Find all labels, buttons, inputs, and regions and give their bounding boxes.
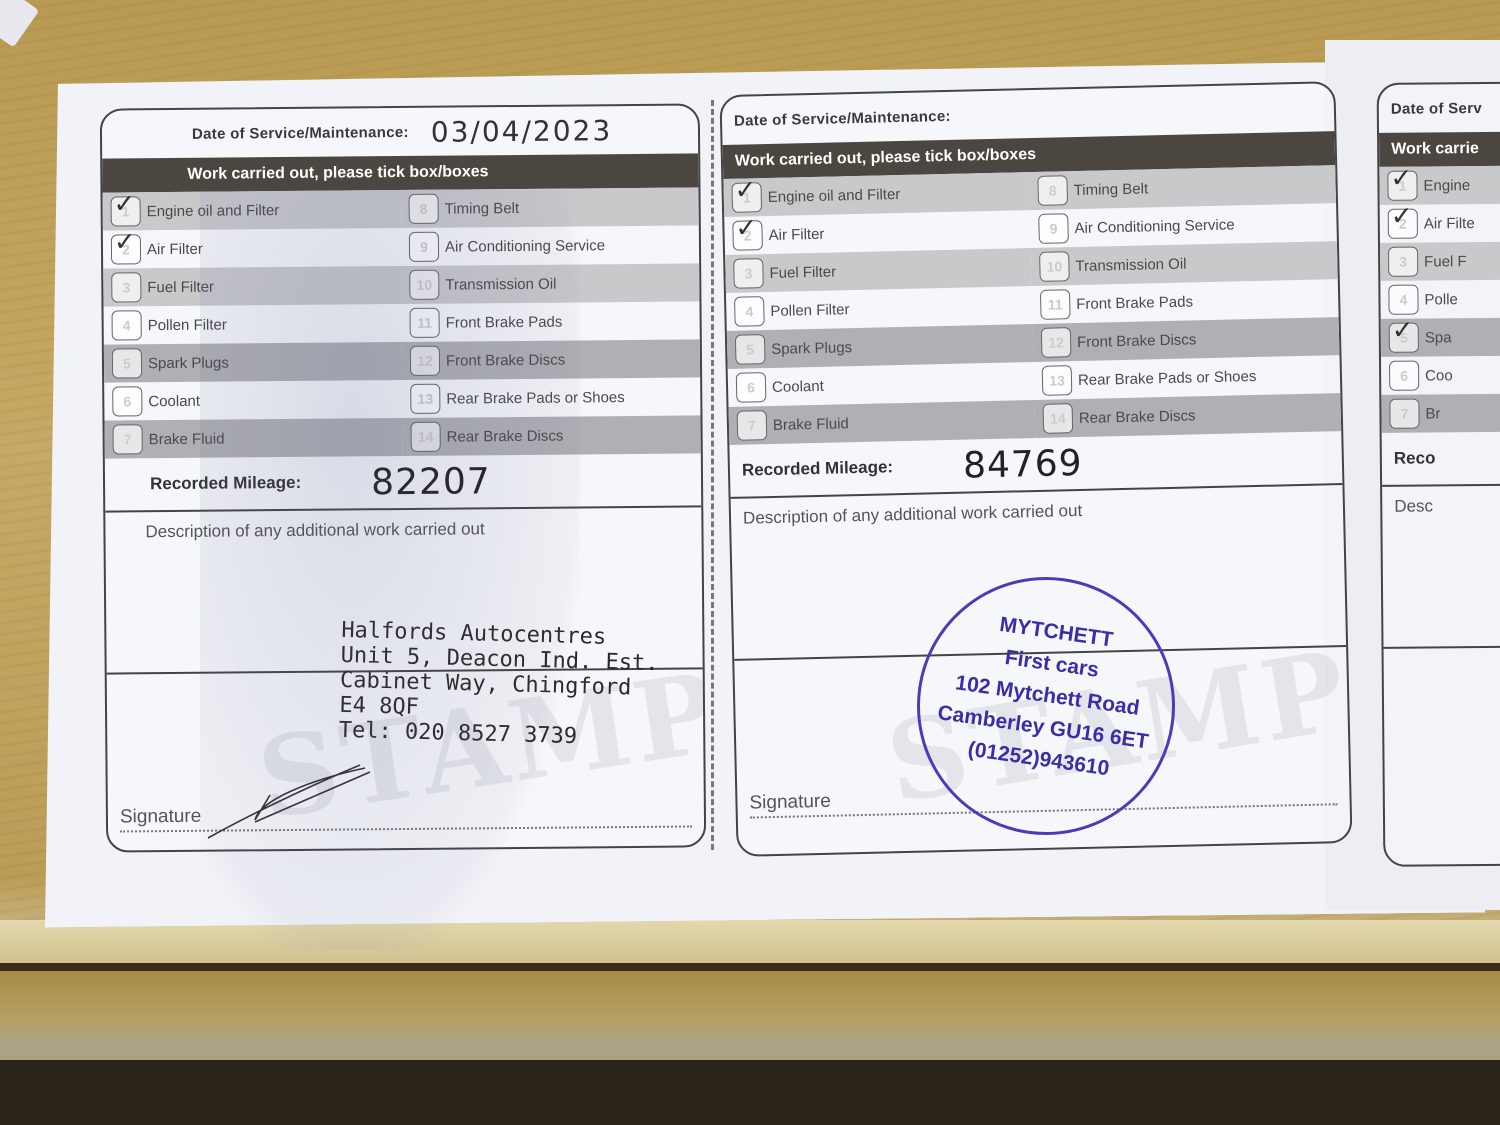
checkbox[interactable]: 5✓ <box>1389 323 1419 353</box>
work-item-label: Engine oil and Filter <box>768 186 901 206</box>
checkbox[interactable]: 4 <box>112 310 142 340</box>
date-label: Date of Serv <box>1391 99 1482 117</box>
checkbox[interactable]: 10 <box>1039 251 1070 282</box>
work-items: 1✓Engine oil and Filter8Timing Belt2✓Air… <box>723 165 1341 445</box>
date-label: Date of Service/Maintenance: <box>734 107 951 129</box>
checkbox[interactable]: 3 <box>733 258 764 289</box>
checkbox[interactable]: 2✓ <box>732 220 763 251</box>
table-gap <box>0 963 1500 971</box>
work-item-label: Pollen Filter <box>148 316 227 334</box>
work-item[interactable]: 5✓Spa <box>1381 317 1500 357</box>
tick-icon: ✓ <box>1390 164 1412 194</box>
mileage-row: Recorded Mileage: 82207 <box>105 453 701 512</box>
work-item-label: Timing Belt <box>445 199 520 217</box>
checkbox[interactable]: 12 <box>410 346 440 376</box>
work-item[interactable]: 14Rear Brake Discs <box>402 415 700 456</box>
checkbox[interactable]: 9 <box>409 232 439 262</box>
checkbox[interactable]: 1✓ <box>1387 171 1417 201</box>
date-row: Date of Service/Maintenance: 03/04/2023 <box>102 105 698 158</box>
work-item-label: Br <box>1425 405 1440 422</box>
work-item-label: Transmission Oil <box>1075 255 1186 275</box>
checkbox[interactable]: 3 <box>111 272 141 302</box>
checkbox[interactable]: 7 <box>113 424 143 454</box>
checkbox[interactable]: 5 <box>112 348 142 378</box>
mileage-label: Recorded Mileage: <box>150 473 301 494</box>
checkbox[interactable]: 5 <box>735 334 766 365</box>
work-item-label: Engine <box>1423 177 1470 194</box>
garage-stamp-halfords: Halfords Autocentres Unit 5, Deacon Ind.… <box>338 618 659 751</box>
tick-icon: ✓ <box>734 175 756 205</box>
work-item[interactable]: 2✓Air Filte <box>1380 203 1500 243</box>
work-item-label: Spark Plugs <box>771 339 852 358</box>
work-item-label: Rear Brake Pads or Shoes <box>446 389 625 408</box>
checkbox[interactable]: 7 <box>1389 399 1419 429</box>
mileage-value[interactable]: 84769 <box>963 442 1083 486</box>
checkbox[interactable]: 3 <box>1388 247 1418 277</box>
work-item[interactable]: 4Pollen Filter <box>103 304 401 345</box>
work-item-label: Front Brake Pads <box>1076 293 1193 313</box>
tick-icon: ✓ <box>1391 202 1413 232</box>
work-item-label: Front Brake Pads <box>446 313 563 331</box>
work-item-label: Brake Fluid <box>773 415 849 434</box>
work-item[interactable]: 10Transmission Oil <box>401 263 699 304</box>
work-item[interactable]: 3Fuel Filter <box>103 266 401 307</box>
work-item-label: Air Filte <box>1424 215 1475 232</box>
mileage-label: Recorded Mileage: <box>742 457 894 480</box>
tick-icon: ✓ <box>113 189 135 219</box>
checkbox[interactable]: 13 <box>1042 365 1073 396</box>
tick-icon: ✓ <box>735 213 757 243</box>
work-item-label: Transmission Oil <box>445 275 556 293</box>
work-item-label: Front Brake Discs <box>446 351 565 369</box>
work-item[interactable]: 8Timing Belt <box>400 187 698 228</box>
checkbox[interactable]: 6 <box>112 386 142 416</box>
handwritten-signature <box>200 760 380 850</box>
checkbox[interactable]: 8 <box>409 194 439 224</box>
work-items: 1✓Engine oil and Filter8Timing Belt2✓Air… <box>102 187 700 458</box>
work-item-label: Air Filter <box>147 240 203 257</box>
work-item[interactable]: 6Coolant <box>104 380 402 421</box>
checkbox[interactable]: 11 <box>1040 289 1071 320</box>
checkbox[interactable]: 2✓ <box>1388 209 1418 239</box>
work-item[interactable]: 13Rear Brake Pads or Shoes <box>402 377 700 418</box>
mileage-value[interactable]: 82207 <box>371 461 491 503</box>
checkbox[interactable]: 14 <box>1043 403 1074 434</box>
work-item-label: Spark Plugs <box>148 354 229 372</box>
description-label: Desc <box>1382 485 1500 649</box>
table-shadow <box>0 1060 1500 1125</box>
date-row: Date of Serv <box>1379 83 1500 133</box>
work-item-label: Spa <box>1425 329 1452 346</box>
checkbox[interactable]: 14 <box>411 422 441 452</box>
work-header: Work carrie <box>1379 131 1500 167</box>
work-item-label: Air Conditioning Service <box>445 237 605 255</box>
work-item[interactable]: 2✓Air Filter <box>103 228 401 269</box>
checkbox[interactable]: 6 <box>736 372 767 403</box>
work-item[interactable]: 7Br <box>1381 393 1500 433</box>
checkbox[interactable]: 1✓ <box>111 196 141 226</box>
work-header: Work carried out, please tick box/boxes <box>102 153 698 192</box>
work-item[interactable]: 9Air Conditioning Service <box>401 225 699 266</box>
work-item-label: Rear Brake Pads or Shoes <box>1078 367 1257 388</box>
work-item[interactable]: 7Brake Fluid <box>104 418 402 459</box>
work-items: 1✓Engine2✓Air Filte3Fuel F4Polle5✓Spa6Co… <box>1379 165 1500 433</box>
work-item-label: Coolant <box>148 392 200 409</box>
work-item-label: Air Filter <box>768 225 824 243</box>
checkbox[interactable]: 4 <box>1388 285 1418 315</box>
date-label: Date of Service/Maintenance: <box>192 123 409 142</box>
mileage-label: Reco <box>1394 448 1436 468</box>
work-item[interactable]: 4Polle <box>1380 279 1500 319</box>
checkbox[interactable]: 1✓ <box>731 182 762 213</box>
work-item[interactable]: 7Brake Fluid <box>729 400 1036 445</box>
work-item-label: Timing Belt <box>1073 180 1148 199</box>
work-item-label: Fuel Filter <box>147 278 214 296</box>
work-item[interactable]: 11Front Brake Pads <box>401 301 699 342</box>
checkbox[interactable]: 13 <box>410 384 440 414</box>
checkbox[interactable]: 8 <box>1037 175 1068 206</box>
work-item-label: Fuel Filter <box>769 263 836 282</box>
work-item[interactable]: 6Coo <box>1381 355 1500 395</box>
checkbox[interactable]: 9 <box>1038 213 1069 244</box>
tick-icon: ✓ <box>114 227 136 257</box>
work-item-label: Rear Brake Discs <box>1079 407 1196 427</box>
work-item-label: Engine oil and Filter <box>147 202 280 220</box>
work-item-label: Coolant <box>772 377 824 395</box>
work-item[interactable]: 12Front Brake Discs <box>402 339 700 380</box>
checkbox[interactable]: 6 <box>1389 361 1419 391</box>
work-item-label: Rear Brake Discs <box>447 427 564 445</box>
perforation-line <box>711 100 714 850</box>
checkbox[interactable]: 7 <box>737 410 768 441</box>
work-item-label: Fuel F <box>1424 253 1467 270</box>
work-item[interactable]: 3Fuel F <box>1380 241 1500 281</box>
work-item-label: Brake Fluid <box>149 430 225 448</box>
checkbox[interactable]: 11 <box>410 308 440 338</box>
checkbox[interactable]: 12 <box>1041 327 1072 358</box>
checkbox[interactable]: 10 <box>409 270 439 300</box>
work-item-label: Air Conditioning Service <box>1074 216 1234 237</box>
tick-icon: ✓ <box>1392 316 1414 346</box>
work-item-label: Polle <box>1424 291 1458 308</box>
date-value[interactable]: 03/04/2023 <box>431 114 613 149</box>
checkbox[interactable]: 4 <box>734 296 765 327</box>
work-item-label: Coo <box>1425 367 1453 384</box>
table-edge <box>0 920 1500 965</box>
work-item-label: Front Brake Discs <box>1077 331 1197 351</box>
mileage-row: Reco <box>1382 431 1500 487</box>
work-item[interactable]: 5Spark Plugs <box>104 342 402 383</box>
work-item[interactable]: 1✓Engine <box>1379 165 1500 205</box>
work-item[interactable]: 14Rear Brake Discs <box>1034 393 1341 438</box>
pen <box>0 0 39 47</box>
service-record-right-partial: Date of Serv Work carrie 1✓Engine2✓Air F… <box>1377 81 1500 867</box>
checkbox[interactable]: 2✓ <box>111 234 141 264</box>
work-item[interactable]: 1✓Engine oil and Filter <box>102 190 400 231</box>
work-item-label: Pollen Filter <box>770 301 850 320</box>
